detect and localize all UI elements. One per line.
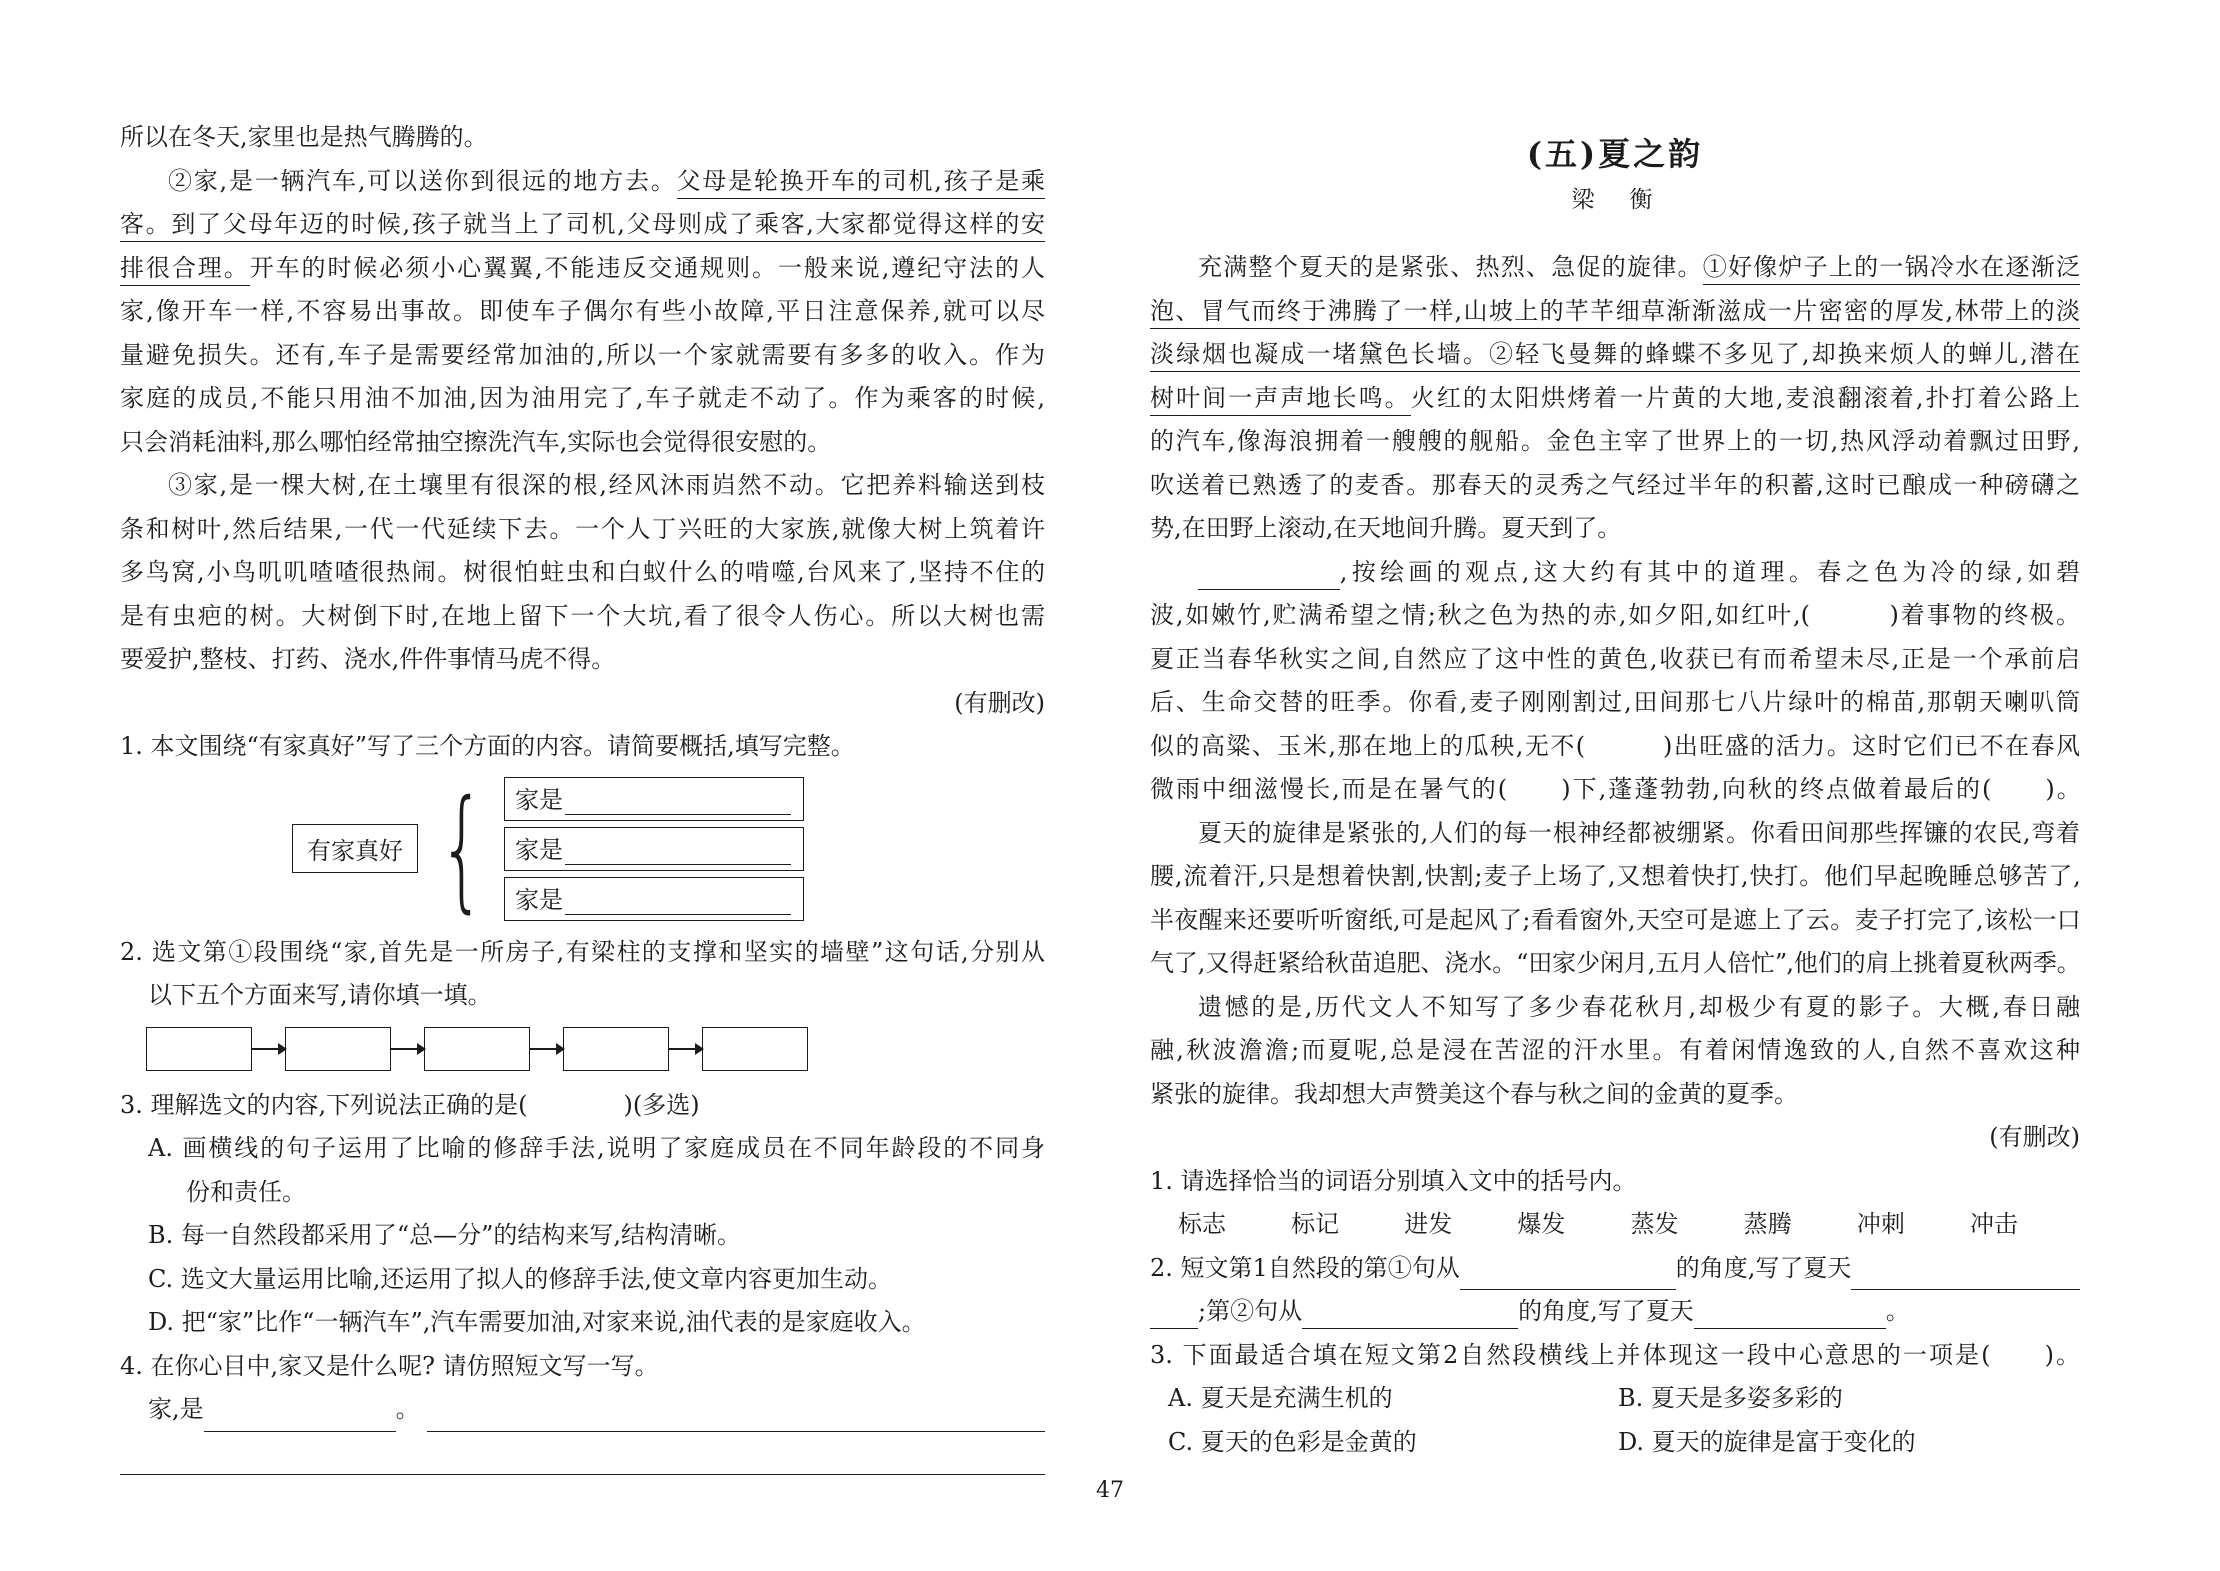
wordbank-word: 冲刺 xyxy=(1857,1203,1905,1247)
text-run: 的角度,写了夏天 xyxy=(1518,1297,1694,1325)
text-run: 家庭的成员,不能只用油不加油,因为油用完了,车子就走不动了。作为乘客的时候, xyxy=(120,384,1045,412)
wordbank-word: 爆发 xyxy=(1517,1203,1565,1247)
text-line: 树叶间一声声地长鸣。火红的太阳烘烤着一片黄的大地,麦浪翻滚着,扑打着公路上 xyxy=(1150,377,2080,421)
diagram-box-label: 家是 xyxy=(515,830,563,865)
fill-blank[interactable] xyxy=(1302,1297,1518,1329)
text-run: 是有虫疤的树。大树倒下时,在地上留下一个大坑,看了很令人伤心。所以大树也需 xyxy=(120,602,1045,630)
text-line: 遗憾的是,历代文人不知写了多少春花秋月,却极少有夏的影子。大概,春日融 xyxy=(1150,986,2080,1030)
text-run: 量避免损失。还有,车子是需要经常加油的,所以一个家就需要有多多的收入。作为 xyxy=(120,341,1045,369)
flow-answer-box[interactable] xyxy=(146,1027,252,1071)
text-line: 充满整个夏天的是紧张、热烈、急促的旋律。①好像炉子上的一锅冷水在逐渐泛 xyxy=(1150,246,2080,290)
text-line: 所以在冬天,家里也是热气腾腾的。 xyxy=(120,116,1045,160)
arrow-icon xyxy=(669,1048,702,1050)
underlined-text: ①好像炉子上的一锅冷水在逐渐泛 xyxy=(1703,253,2080,285)
text-run: 势,在田野上滚动,在天地间升腾。夏天到了。 xyxy=(1150,514,1621,542)
underlined-text: 父母是轮换开车的司机,孩子是乘 xyxy=(677,167,1045,199)
text-line: 吹送着已熟透了的麦香。那春天的灵秀之气经过半年的积蓄,这时已酿成一种磅礴之 xyxy=(1150,464,2080,508)
option-item: D. 夏天的旋律是富于变化的 xyxy=(1618,1421,1916,1465)
q2-flow-diagram xyxy=(146,1027,1045,1071)
text-run: ,按绘画的观点,这大约有其中的道理。春之色为冷的绿,如碧 xyxy=(1340,558,2080,586)
text-run: ②家,是一辆汽车,可以送你到很远的地方去。 xyxy=(168,167,677,195)
text-run: 所以在冬天,家里也是热气腾腾的。 xyxy=(120,123,488,151)
page-number: 47 xyxy=(1085,1478,1135,1503)
underlined-text: 排很合理。 xyxy=(120,254,250,286)
text-line: 1. 请选择恰当的词语分别填入文中的括号内。 xyxy=(1150,1160,2080,1204)
text-run: 2. 短文第1自然段的第①句从 xyxy=(1150,1247,1460,1291)
text-line: C. 选文大量运用比喻,还运用了拟人的修辞手法,使文章内容更加生动。 xyxy=(120,1258,1045,1302)
text-run: 充满整个夏天的是紧张、热烈、急促的旋律。 xyxy=(1198,253,1703,281)
fill-blank[interactable] xyxy=(565,884,791,915)
text-run: B. 每一自然段都采用了“总—分”的结构来写,结构清晰。 xyxy=(148,1221,741,1249)
text-line: ,按绘画的观点,这大约有其中的道理。春之色为冷的绿,如碧 xyxy=(1150,551,2080,595)
text-line: 似的高粱、玉米,那在地上的瓜秧,无不( )出旺盛的活力。这时它们已不在春风 xyxy=(1150,725,2080,769)
text-run: ;第②句从 xyxy=(1198,1297,1302,1325)
fill-blank[interactable] xyxy=(427,1431,1045,1432)
wordbank-word: 进发 xyxy=(1404,1203,1452,1247)
fill-blank[interactable] xyxy=(1460,1247,1676,1291)
text-run: 。 xyxy=(396,1388,428,1432)
text-line: 只会消耗油料,那么哪怕经常抽空擦洗汽车,实际也会觉得很安慰的。 xyxy=(120,421,1045,465)
text-line: 夏正当春华秋实之间,自然应了这中性的黄色,收获已有而希望未尽,正是一个承前启 xyxy=(1150,638,2080,682)
fill-blank[interactable] xyxy=(1150,1297,1198,1329)
text-line: 的汽车,像海浪拥着一艘艘的舰船。金色主宰了世界上的一切,热风浮动着飘过田野, xyxy=(1150,420,2080,464)
wordbank-word: 标记 xyxy=(1291,1203,1339,1247)
text-line: 家,像开车一样,不容易出事故。即使车子偶尔有些小故障,平日注意保养,就可以尽 xyxy=(120,290,1045,334)
text-line: 2. 短文第1自然段的第①句从 的角度,写了夏天 xyxy=(1150,1247,2080,1291)
text-line: D. 把“家”比作“一辆汽车”,汽车需要加油,对家来说,油代表的是家庭收入。 xyxy=(120,1301,1045,1345)
text-run: 家,像开车一样,不容易出事故。即使车子偶尔有些小故障,平日注意保养,就可以尽 xyxy=(120,297,1045,325)
options-row: C. 夏天的色彩是金黄的D. 夏天的旋律是富于变化的 xyxy=(1150,1421,2080,1465)
brace-icon: { xyxy=(439,783,485,915)
diagram-box-label: 家是 xyxy=(515,880,563,915)
text-run: 多鸟窝,小鸟叽叽喳喳很热闹。树很怕蛀虫和白蚁什么的啃噬,台风来了,坚持不住的 xyxy=(120,558,1045,586)
underlined-text: ②轻飞曼舞的蜂蝶不多见了,却换来烦人的蝉儿,潜在 xyxy=(1489,340,2080,372)
text-run: C. 选文大量运用比喻,还运用了拟人的修辞手法,使文章内容更加生动。 xyxy=(148,1265,892,1293)
text-run: D. 把“家”比作“一辆汽车”,汽车需要加油,对家来说,油代表的是家庭收入。 xyxy=(148,1308,926,1336)
wordbank-word: 标志 xyxy=(1178,1203,1226,1247)
text-run: 开车的时候必须小心翼翼,不能违反交通规则。一般来说,遵纪守法的人 xyxy=(250,254,1045,282)
text-line: 紧张的旋律。我却想大声赞美这个春与秋之间的金黄的夏季。 xyxy=(1150,1073,2080,1117)
left-page: 所以在冬天,家里也是热气腾腾的。②家,是一辆汽车,可以送你到很远的地方去。父母是… xyxy=(120,0,1045,1475)
wordbank-word: 冲击 xyxy=(1970,1203,2018,1247)
text-line: 要爱护,整枝、打药、浇水,件件事情马虎不得。 xyxy=(120,638,1045,682)
option-item: C. 夏天的色彩是金黄的 xyxy=(1168,1421,1618,1465)
text-line: ;第②句从 的角度,写了夏天 。 xyxy=(1150,1290,2080,1334)
text-line: 融,秋波澹澹;而夏呢,总是浸在苦涩的汗水里。有着闲情逸致的人,自然不喜欢这种 xyxy=(1150,1029,2080,1073)
option-item: B. 夏天是多姿多彩的 xyxy=(1618,1377,1843,1421)
text-line: 多鸟窝,小鸟叽叽喳喳很热闹。树很怕蛀虫和白蚁什么的啃噬,台风来了,坚持不住的 xyxy=(120,551,1045,595)
text-line: 4. 在你心目中,家又是什么呢? 请仿照短文写一写。 xyxy=(120,1345,1045,1389)
word-bank: 标志标记进发爆发蒸发蒸腾冲刺冲击 xyxy=(1150,1203,2080,1247)
diagram-box-label: 家是 xyxy=(515,780,563,815)
text-line: B. 每一自然段都采用了“总—分”的结构来写,结构清晰。 xyxy=(120,1214,1045,1258)
text-run: 微雨中细滋慢长,而是在暑气的( )下,蓬蓬勃勃,向秋的终点做着最后的( )。 xyxy=(1150,775,2080,803)
text-line: 份和责任。 xyxy=(120,1171,1045,1215)
text-run: 融,秋波澹澹;而夏呢,总是浸在苦涩的汗水里。有着闲情逸致的人,自然不喜欢这种 xyxy=(1150,1036,2080,1064)
text-run: (有删改) xyxy=(954,689,1045,717)
text-line: 客。到了父母年迈的时候,孩子就当上了司机,父母则成了乘客,大家都觉得这样的安 xyxy=(120,203,1045,247)
text-run: 1. 本文围绕“有家真好”写了三个方面的内容。请简要概括,填写完整。 xyxy=(120,732,855,760)
diagram-answer-box[interactable]: 家是 xyxy=(504,827,804,871)
fill-blank[interactable] xyxy=(204,1388,396,1432)
option-item: A. 夏天是充满生机的 xyxy=(1168,1377,1618,1421)
text-line: 气了,又得赶紧给秋苗追肥、浇水。“田家少闲月,五月人倍忙”,他们的肩上挑着夏秋两… xyxy=(1150,942,2080,986)
text-run: 遗憾的是,历代文人不知写了多少春花秋月,却极少有夏的影子。大概,春日融 xyxy=(1198,993,2080,1021)
text-line: 量避免损失。还有,车子是需要经常加油的,所以一个家就需要有多多的收入。作为 xyxy=(120,334,1045,378)
text-line: 夏天的旋律是紧张的,人们的每一根神经都被绷紧。你看田间那些挥镰的农民,弯着 xyxy=(1150,812,2080,856)
text-line: ②家,是一辆汽车,可以送你到很远的地方去。父母是轮换开车的司机,孩子是乘 xyxy=(120,160,1045,204)
text-run: 要爱护,整枝、打药、浇水,件件事情马虎不得。 xyxy=(120,645,615,673)
arrow-icon xyxy=(530,1048,563,1050)
text-line: (有删改) xyxy=(1150,1116,2080,1160)
passage-title: (五)夏之韵 xyxy=(1150,128,2080,180)
text-run: 似的高粱、玉米,那在地上的瓜秧,无不( )出旺盛的活力。这时它们已不在春风 xyxy=(1150,732,2080,760)
fill-blank[interactable] xyxy=(565,784,791,815)
text-line: 3. 理解选文的内容,下列说法正确的是( )(多选) xyxy=(120,1084,1045,1128)
text-run: 夏天的旋律是紧张的,人们的每一根神经都被绷紧。你看田间那些挥镰的农民,弯着 xyxy=(1198,819,2080,847)
text-line: 家庭的成员,不能只用油不加油,因为油用完了,车子就走不动了。作为乘客的时候, xyxy=(120,377,1045,421)
arrow-icon xyxy=(252,1048,285,1050)
text-line: 是有虫疤的树。大树倒下时,在地上留下一个大坑,看了很令人伤心。所以大树也需 xyxy=(120,595,1045,639)
text-run: 紧张的旋律。我却想大声赞美这个春与秋之间的金黄的夏季。 xyxy=(1150,1080,1798,1108)
text-run: 1. 请选择恰当的词语分别填入文中的括号内。 xyxy=(1150,1167,1637,1195)
text-run: 的角度,写了夏天 xyxy=(1676,1247,1852,1291)
text-run: 。 xyxy=(1886,1297,1910,1325)
text-line: 1. 本文围绕“有家真好”写了三个方面的内容。请简要概括,填写完整。 xyxy=(120,725,1045,769)
text-run: ③家,是一棵大树,在土壤里有很深的根,经风沐雨岿然不动。它把养料输送到枝 xyxy=(168,471,1045,499)
text-run: 夏正当春华秋实之间,自然应了这中性的黄色,收获已有而希望未尽,正是一个承前启 xyxy=(1150,645,2080,673)
text-run: 的汽车,像海浪拥着一艘艘的舰船。金色主宰了世界上的一切,热风浮动着飘过田野, xyxy=(1150,427,2080,455)
fill-blank[interactable] xyxy=(1198,558,1340,590)
wordbank-word: 蒸腾 xyxy=(1744,1203,1792,1247)
wordbank-word: 蒸发 xyxy=(1631,1203,1679,1247)
text-run: 3. 理解选文的内容,下列说法正确的是( )(多选) xyxy=(120,1091,700,1119)
options-row: A. 夏天是充满生机的B. 夏天是多姿多彩的 xyxy=(1150,1377,2080,1421)
text-run: 条和树叶,然后结果,一代一代延续下去。一个人丁兴旺的大家族,就像大树上筑着许 xyxy=(120,515,1045,543)
text-run: 波,如嫩竹,贮满希望之情;秋之色为热的赤,如夕阳,如红叶,( )着事物的终极。 xyxy=(1150,601,2080,629)
diagram-answer-box[interactable]: 家是 xyxy=(504,877,804,921)
flow-answer-box[interactable] xyxy=(563,1027,669,1071)
q1-diagram: 有家真好{家是家是家是 xyxy=(292,777,1045,921)
answer-line[interactable] xyxy=(120,1446,1045,1475)
text-run: 吹送着已熟透了的麦香。那春天的灵秀之气经过半年的积蓄,这时已酿成一种磅礴之 xyxy=(1150,471,2080,499)
text-run: 火红的太阳烘烤着一片黄的大地,麦浪翻滚着,扑打着公路上 xyxy=(1411,384,2080,412)
text-line: 家,是 。 xyxy=(120,1388,1045,1432)
text-run: 只会消耗油料,那么哪怕经常抽空擦洗汽车,实际也会觉得很安慰的。 xyxy=(120,428,831,456)
right-page: (五)夏之韵梁 衡充满整个夏天的是紧张、热烈、急促的旋律。①好像炉子上的一锅冷水… xyxy=(1150,0,2080,1464)
text-line: 排很合理。开车的时候必须小心翼翼,不能违反交通规则。一般来说,遵纪守法的人 xyxy=(120,247,1045,291)
text-run: 份和责任。 xyxy=(186,1178,306,1206)
text-run: 后、生命交替的旺季。你看,麦子刚刚割过,田间那七八片绿叶的棉苗,那朝天喇叭筒 xyxy=(1150,688,2080,716)
text-line: (有删改) xyxy=(120,682,1045,726)
text-run: 以下五个方面来写,请你填一填。 xyxy=(148,981,492,1009)
underlined-text: 淡绿烟也凝成一堵黛色长墙。 xyxy=(1150,340,1489,372)
text-line: 以下五个方面来写,请你填一填。 xyxy=(120,974,1045,1018)
text-run: 半夜醒来还要听听窗纸,可是起风了;看看窗外,天空可是遮上了云。麦子打完了,该松一… xyxy=(1150,906,2080,934)
underlined-text: 泡、冒气而终于沸腾了一样,山坡上的芊芊细草渐渐滋成一片密密的厚发,林带上的淡 xyxy=(1150,297,2080,329)
text-run: (有删改) xyxy=(1989,1123,2080,1151)
text-run: 腰,流着汗,只是想着快割,快割;麦子上场了,又想着快打,快打。他们早起晚睡总够苦… xyxy=(1150,862,2080,890)
diagram-branches: 家是家是家是 xyxy=(504,777,804,921)
text-line: 后、生命交替的旺季。你看,麦子刚刚割过,田间那七八片绿叶的棉苗,那朝天喇叭筒 xyxy=(1150,681,2080,725)
text-line: 3. 下面最适合填在短文第2自然段横线上并体现这一段中心意思的一项是( )。 xyxy=(1150,1334,2080,1378)
text-line: 条和树叶,然后结果,一代一代延续下去。一个人丁兴旺的大家族,就像大树上筑着许 xyxy=(120,508,1045,552)
text-line: 2. 选文第①段围绕“家,首先是一所房子,有梁柱的支撑和坚实的墙壁”这句话,分别… xyxy=(120,931,1045,975)
flow-answer-box[interactable] xyxy=(702,1027,808,1071)
text-run: A. 画横线的句子运用了比喻的修辞手法,说明了家庭成员在不同年龄段的不同身 xyxy=(148,1134,1045,1162)
text-run: 2. 选文第①段围绕“家,首先是一所房子,有梁柱的支撑和坚实的墙壁”这句话,分别… xyxy=(120,938,1045,966)
text-run: 3. 下面最适合填在短文第2自然段横线上并体现这一段中心意思的一项是( )。 xyxy=(1150,1341,2080,1369)
text-line: 腰,流着汗,只是想着快割,快割;麦子上场了,又想着快打,快打。他们早起晚睡总够苦… xyxy=(1150,855,2080,899)
text-line: 淡绿烟也凝成一堵黛色长墙。②轻飞曼舞的蜂蝶不多见了,却换来烦人的蝉儿,潜在 xyxy=(1150,333,2080,377)
text-line: 波,如嫩竹,贮满希望之情;秋之色为热的赤,如夕阳,如红叶,( )着事物的终极。 xyxy=(1150,594,2080,638)
arrow-icon xyxy=(391,1048,424,1050)
diagram-answer-box[interactable]: 家是 xyxy=(504,777,804,821)
text-line: 势,在田野上滚动,在天地间升腾。夏天到了。 xyxy=(1150,507,2080,551)
text-run: 4. 在你心目中,家又是什么呢? 请仿照短文写一写。 xyxy=(120,1352,659,1380)
text-line: 泡、冒气而终于沸腾了一样,山坡上的芊芊细草渐渐滋成一片密密的厚发,林带上的淡 xyxy=(1150,290,2080,334)
underlined-text: 客。到了父母年迈的时候,孩子就当上了司机,父母则成了乘客,大家都觉得这样的安 xyxy=(120,210,1045,242)
text-line: ③家,是一棵大树,在土壤里有很深的根,经风沐雨岿然不动。它把养料输送到枝 xyxy=(120,464,1045,508)
text-line: 半夜醒来还要听听窗纸,可是起风了;看看窗外,天空可是遮上了云。麦子打完了,该松一… xyxy=(1150,899,2080,943)
flow-answer-box[interactable] xyxy=(424,1027,530,1071)
flow-answer-box[interactable] xyxy=(285,1027,391,1071)
underlined-text: 树叶间一声声地长鸣。 xyxy=(1150,384,1411,416)
diagram-root-box: 有家真好 xyxy=(292,824,418,873)
fill-blank[interactable] xyxy=(565,834,791,865)
fill-blank[interactable] xyxy=(1694,1297,1886,1329)
worksheet-spread: 所以在冬天,家里也是热气腾腾的。②家,是一辆汽车,可以送你到很远的地方去。父母是… xyxy=(0,0,2220,1571)
text-run: 气了,又得赶紧给秋苗追肥、浇水。“田家少闲月,五月人倍忙”,他们的肩上挑着夏秋两… xyxy=(1150,949,2080,977)
text-run: 家,是 xyxy=(148,1388,204,1432)
text-line: 微雨中细滋慢长,而是在暑气的( )下,蓬蓬勃勃,向秋的终点做着最后的( )。 xyxy=(1150,768,2080,812)
passage-author: 梁 衡 xyxy=(1150,180,2080,220)
text-line: A. 画横线的句子运用了比喻的修辞手法,说明了家庭成员在不同年龄段的不同身 xyxy=(120,1127,1045,1171)
